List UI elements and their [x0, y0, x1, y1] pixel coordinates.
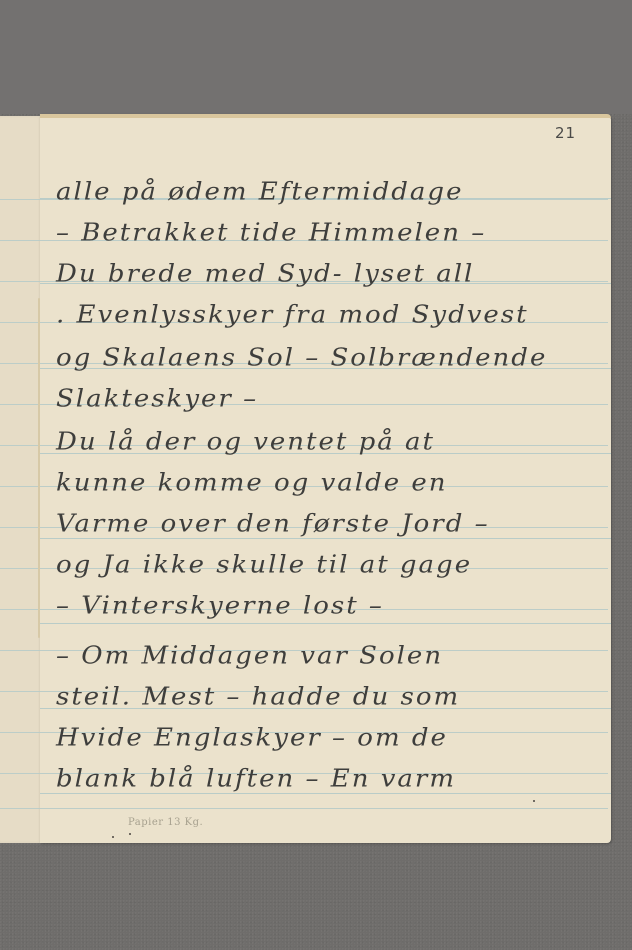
handwritten-line: steil. Mest – hadde du som: [56, 683, 460, 712]
handwritten-line: og Skalaens Sol – Solbrændende: [56, 344, 547, 373]
scan-background-top: [0, 0, 632, 114]
page-number: 21: [555, 124, 576, 142]
left-page-edge: [0, 116, 42, 843]
printed-paper-mark: Papier 13 Kg.: [128, 817, 203, 828]
page-top-edge: [40, 114, 611, 118]
handwritten-line: blank blå luften – En varm: [56, 765, 456, 794]
binding-thread: [38, 298, 40, 638]
handwritten-line: . Evenlysskyer fra mod Sydvest: [56, 301, 529, 330]
handwritten-line: Du brede med Syd- lyset all: [56, 260, 474, 289]
handwritten-line: Du lå der og ventet på at: [56, 428, 435, 457]
handwritten-line: og Ja ikke skulle til at gage: [56, 551, 472, 580]
paper-speck: [533, 800, 535, 802]
handwritten-line: kunne komme og valde en: [56, 469, 448, 498]
handwritten-line: Slakteskyer –: [56, 385, 258, 414]
handwritten-line: – Vinterskyerne lost –: [56, 592, 384, 621]
handwritten-line: Varme over den første Jord –: [56, 510, 490, 539]
handwritten-line: – Betrakket tide Himmelen –: [56, 219, 486, 248]
paper-speck: [129, 833, 131, 835]
handwritten-line: alle på ødem Eftermiddage: [56, 178, 463, 207]
handwritten-line: – Om Middagen var Solen: [56, 642, 443, 671]
paper-speck: [112, 836, 114, 838]
handwritten-line: Hvide Englaskyer – om de: [56, 724, 448, 753]
